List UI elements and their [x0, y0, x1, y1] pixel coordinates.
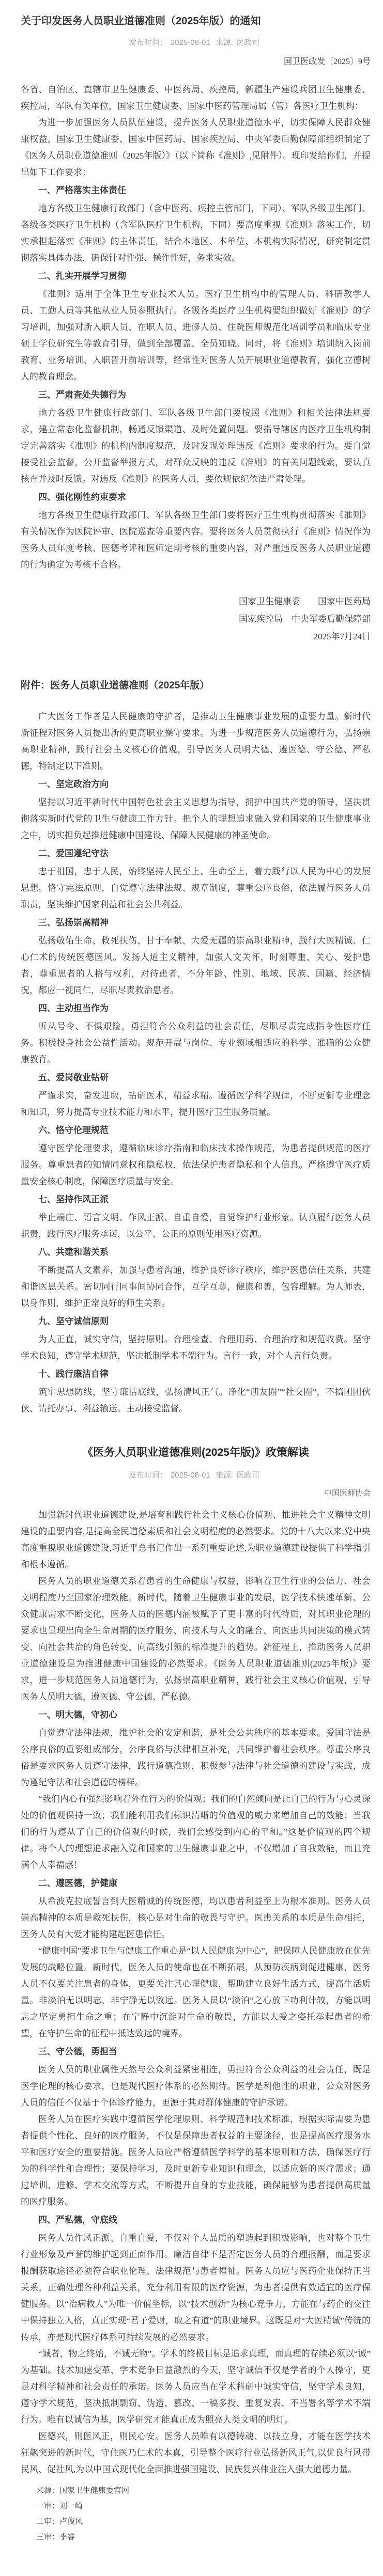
notice-body: 各省、自治区、直辖市卫生健康委、中医药局、疾控局，新疆生产建设兵团卫生健康委、疾… [21, 82, 371, 573]
section-heading: 五、爱岗敬业钻研 [21, 1070, 371, 1086]
attachment-title: 附件：医务人员职业道德准则（2025年版） [21, 679, 371, 693]
paragraph: 坚持以习近平新时代中国特色社会主义思想为指导，拥护中国共产党的领导，坚决贯彻落实… [21, 794, 371, 844]
paragraph: 不断提高人文素养，加强与患者沟通，维护良好诊疗秩序，维护医患信任关系，共建和谐医… [21, 1262, 371, 1312]
section-heading: 十、践行廉洁自律 [21, 1366, 371, 1383]
paragraph: “诚者，物之终始，不诚无物”。学术的终极目标是追求真理，而真理的存续必须以“诚”… [21, 2346, 371, 2428]
section-heading: 二、遵医德，护健康 [21, 1875, 371, 1892]
publish-time-value: 2025-08-01 [171, 38, 210, 47]
section-heading: 三、弘扬崇高精神 [21, 915, 371, 931]
paragraph: 听从号令、不惧艰险，勇担符合公众利益的社会责任，尽职尽责完成指令性医疗任务。积极… [21, 1018, 371, 1068]
footer-line: 二审：卢俊风 [21, 2514, 371, 2530]
footer-line: 来源：国家卫生健康委官网 [21, 2483, 371, 2499]
notice-meta: 发布时间：2025-08-01 来源:医政司 [21, 37, 371, 49]
paragraph: 严谨求实，奋发进取，钻研医术，精益求精。遵循医学科学规律，不断更新专业理念和知识… [21, 1088, 371, 1121]
section-heading: 二、爱国遵纪守法 [21, 845, 371, 862]
paragraph: 为人正直，诚实守信，坚持原则。合理检查、合理用药、合理治疗和规范收费。坚守学术良… [21, 1331, 371, 1364]
paragraph: 地方各级卫生健康行政部门、军队各级卫生部门要将医疗卫生机构贯彻落实《准则》有关情… [21, 507, 371, 573]
notice-article: 关于印发医务人员职业道德准则（2025年版）的通知 发布时间：2025-08-0… [21, 13, 371, 1417]
signature-block: 国家卫生健康委 国家中医药局国家疾控局 中央军委后勤保障部2025年7月24日 [21, 593, 371, 646]
document-page: 关于印发医务人员职业道德准则（2025年版）的通知 发布时间：2025-08-0… [0, 0, 383, 2576]
section-heading: 一、坚定政治方向 [21, 776, 371, 793]
section-heading: 一、严格落实主体责任 [21, 182, 371, 199]
paragraph: 医德兴，则医风正，则民心安。医务人员唯有以德铸魂、以技立身，才能在医学技术狂飙突… [21, 2428, 371, 2478]
source-label: 来源: [216, 1471, 233, 1480]
footer-line: 一审：刘一崎 [21, 2499, 371, 2514]
notice-title: 关于印发医务人员职业道德准则（2025年版）的通知 [21, 13, 371, 29]
source-value: 医政司 [236, 38, 259, 47]
interpretation-body: 加强新时代职业道德建设,是培育和践行社会主义核心价值观、推进社会主义精神文明建设… [21, 1507, 371, 2478]
footer-line: 三审：李睿 [21, 2530, 371, 2545]
document-number: 国卫医政发〔2025〕9号 [21, 56, 371, 68]
section-heading: 三、严肃查处失德行为 [21, 387, 371, 403]
interpretation-article: 《医务人员职业道德准则(2025年版)》政策解读 发布时间：2025-08-01… [21, 1445, 371, 2545]
signature-line: 2025年7月24日 [21, 628, 371, 646]
paragraph: 医务人员作风正派、自重自爱，不仅对个人品质的塑造起到积极影响，也对整个卫生行业形… [21, 2230, 371, 2346]
signature-line: 国家疾控局 中央军委后勤保障部 [21, 610, 371, 628]
section-heading: 四、主动担当作为 [21, 1000, 371, 1017]
byline: 中国医师协会 [21, 1487, 371, 1500]
paragraph: 为进一步加强医务人员队伍建设，提升医务人员职业道德水平，切实保障人民群众健康权益… [21, 115, 371, 181]
paragraph: 自觉遵守法律法规，维护社会的安定和谐，是社会公共秩序的基本要求。爱国守法是公序良… [21, 1725, 371, 1791]
paragraph: 加强新时代职业道德建设,是培育和践行社会主义核心价值观、推进社会主义精神文明建设… [21, 1507, 371, 1573]
paragraph: 忠于祖国，忠于人民，始终坚持人民至上、生命至上，着力践行以人民为中心的发展思想。… [21, 863, 371, 913]
attachment-body: 广大医务工作者是人民健康的守护者，是推动卫生健康事业发展的重要力量。新时代新征程… [21, 709, 371, 1417]
signature-line: 国家卫生健康委 国家中医药局 [21, 593, 371, 610]
paragraph: 《准则》适用于全体卫生专业技术人员。医疗卫生机构中的管理人员、科研教学人员、工勤… [21, 286, 371, 385]
source-value: 医政司 [236, 1471, 259, 1480]
paragraph: 从希波克拉底誓言到大医精诚的传统医德，均以患者利益至上为根本准则。医务人员崇高精… [21, 1893, 371, 1943]
publish-time-label: 发布时间： [129, 1471, 167, 1480]
paragraph: 医务人员的职业道德关系着患者的生命健康与权益，影响着卫生行业的公信力、社会文明程… [21, 1573, 371, 1705]
paragraph: 弘扬敬佑生命、救死扶伤、甘于奉献、大爱无疆的崇高职业精神，践行大医精诚、仁心仁术… [21, 933, 371, 999]
publish-time-value: 2025-08-01 [171, 1471, 210, 1480]
section-heading: 九、坚守诚信原则 [21, 1313, 371, 1330]
paragraph: 遵守医学伦理要求，遵循临床诊疗指南和临床技术操作规范，为患者提供规范的医疗服务。… [21, 1140, 371, 1190]
section-heading: 四、强化刚性约束要求 [21, 489, 371, 506]
section-heading: 六、恪守伦理规范 [21, 1122, 371, 1139]
interpretation-title: 《医务人员职业道德准则(2025年版)》政策解读 [21, 1445, 371, 1460]
paragraph: 各省、自治区、直辖市卫生健康委、中医药局、疾控局，新疆生产建设兵团卫生健康委、疾… [21, 82, 371, 115]
paragraph: 地方各级卫生健康行政部门（含中医药、疾控主管部门，下同）、军队各级卫生部门、各级… [21, 200, 371, 266]
section-heading: 四、严私德，守底线 [21, 2212, 371, 2228]
paragraph: “健康中国”要求卫生与健康工作重心是“以人民健康为中心”，把保障人民健康放在优先… [21, 1943, 371, 2042]
section-heading: 七、坚持作风正派 [21, 1191, 371, 1208]
paragraph: 医务人员的职业属性天然与公众利益紧密相连，勇担符合公众利益的社会责任，既是医学伦… [21, 2062, 371, 2111]
paragraph: 筑牢思想防线，坚守廉洁底线，弘扬清风正气。净化“朋友圈”“社交圈”，不搞团团伙伙… [21, 1384, 371, 1417]
section-heading: 八、共建和谐关系 [21, 1244, 371, 1261]
interpretation-meta: 发布时间：2025-08-01 来源:医政司 [21, 1470, 371, 1481]
paragraph: 医务人员在医疗实践中遵循医学伦理原则、科学规范和技术标准，根据实际需要为患者提供… [21, 2111, 371, 2210]
paragraph: 地方各级卫生健康行政部门、军队各级卫生部门要按照《准则》和相关法律法规要求，建立… [21, 405, 371, 488]
section-heading: 二、扎实开展学习贯彻 [21, 268, 371, 285]
source-label: 来源: [216, 38, 233, 47]
publish-time-label: 发布时间： [129, 38, 167, 47]
section-heading: 三、守公德，勇担当 [21, 2044, 371, 2060]
section-heading: 一、明大德，守初心 [21, 1707, 371, 1723]
paragraph: “我们内心有强烈影响着外在行为的价值观；我们的自然倾向是让自己的行为与心灵深处的… [21, 1791, 371, 1874]
review-footer: 来源：国家卫生健康委官网一审：刘一崎二审：卢俊风三审：李睿 [21, 2483, 371, 2545]
paragraph: 举止端庄、语言文明、作风正派、自重自爱，自觉维护行业形象。认真履行医务人员职责，… [21, 1210, 371, 1243]
paragraph: 广大医务工作者是人民健康的守护者，是推动卫生健康事业发展的重要力量。新时代新征程… [21, 709, 371, 775]
